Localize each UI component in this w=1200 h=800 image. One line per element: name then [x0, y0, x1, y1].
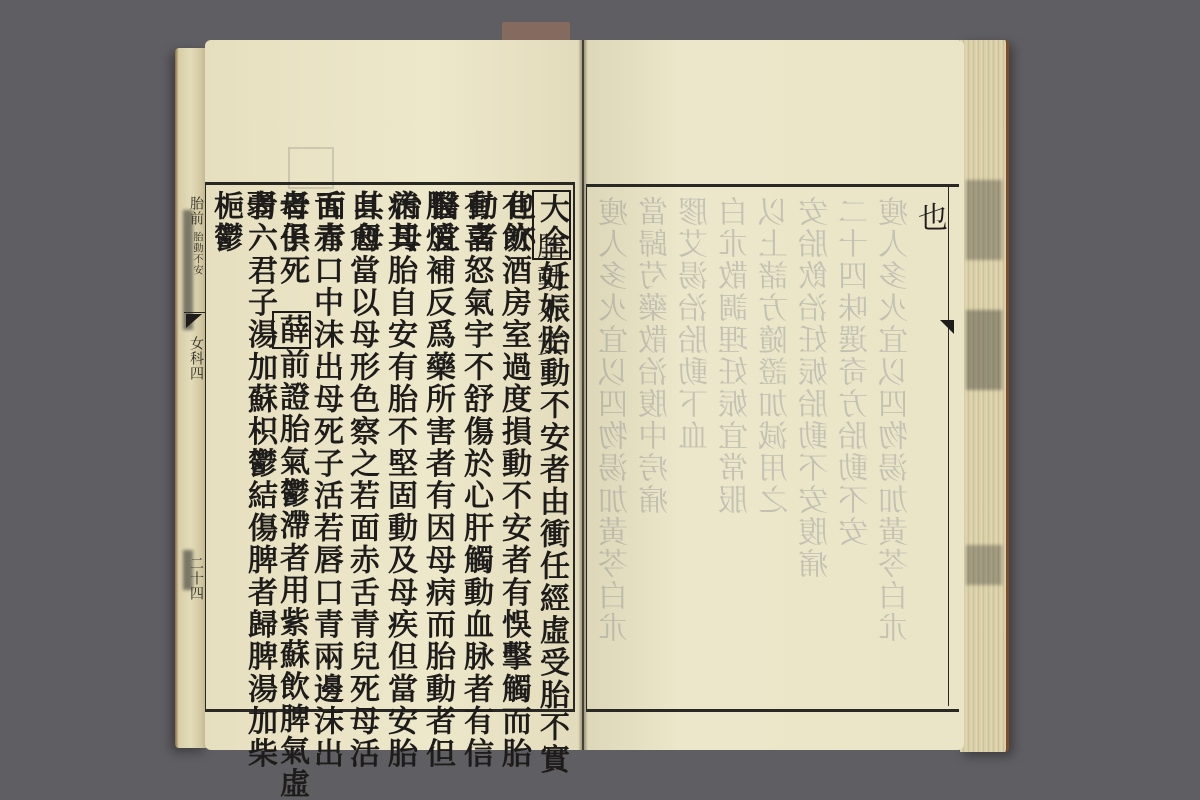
bleed-through-column: 膠艾湯治胎動下血	[680, 196, 714, 452]
bleed-through-column: 瘦人多火宜以四物湯加黃芩白朮	[600, 196, 634, 644]
fore-edge-ink	[966, 545, 1002, 585]
right-margin-rule	[948, 184, 949, 706]
bleed-through-column: 安胎飲治妊娠胎動不安腹痛	[800, 196, 834, 580]
bleed-through-column: 當歸芍藥散治腹中疞痛	[640, 196, 674, 516]
bleed-through-column: 白朮散調理妊娠宜常服	[720, 196, 754, 516]
bleed-through-column: 以上諸方隨證加減用之	[760, 196, 794, 516]
text-column-9: 者六君子湯加蘇枳鬱結傷脾者歸脾湯加柴梔鬱	[208, 190, 276, 800]
right-fore-edge	[960, 40, 1009, 752]
fishtail-mark-icon	[940, 320, 954, 334]
source-marker-daquan: 大全	[532, 190, 571, 260]
book-photo: www.sinoca.com 胎前 胎動不安 女科四 二十四 胎動不安 大全妊娠…	[0, 0, 1200, 800]
fishtail-mark-icon	[186, 314, 202, 328]
margin-divider	[184, 312, 206, 313]
bleed-through-column: 二十四味選奇方胎動不安	[840, 196, 874, 548]
fore-edge-ink	[966, 180, 1002, 260]
fore-edge-ink	[966, 310, 1002, 390]
source-marker-xue: 薛	[272, 311, 311, 349]
bleed-through-column: 瘦人多火宜以四物湯加黃芩白朮	[880, 196, 914, 644]
left-fore-edge	[175, 48, 207, 748]
continued-character: 也	[918, 193, 948, 237]
margin-folio-number: 二十四	[186, 556, 206, 601]
margin-section-label: 胎前 胎動不安	[186, 196, 206, 275]
margin-volume-label: 女科四	[186, 336, 206, 381]
